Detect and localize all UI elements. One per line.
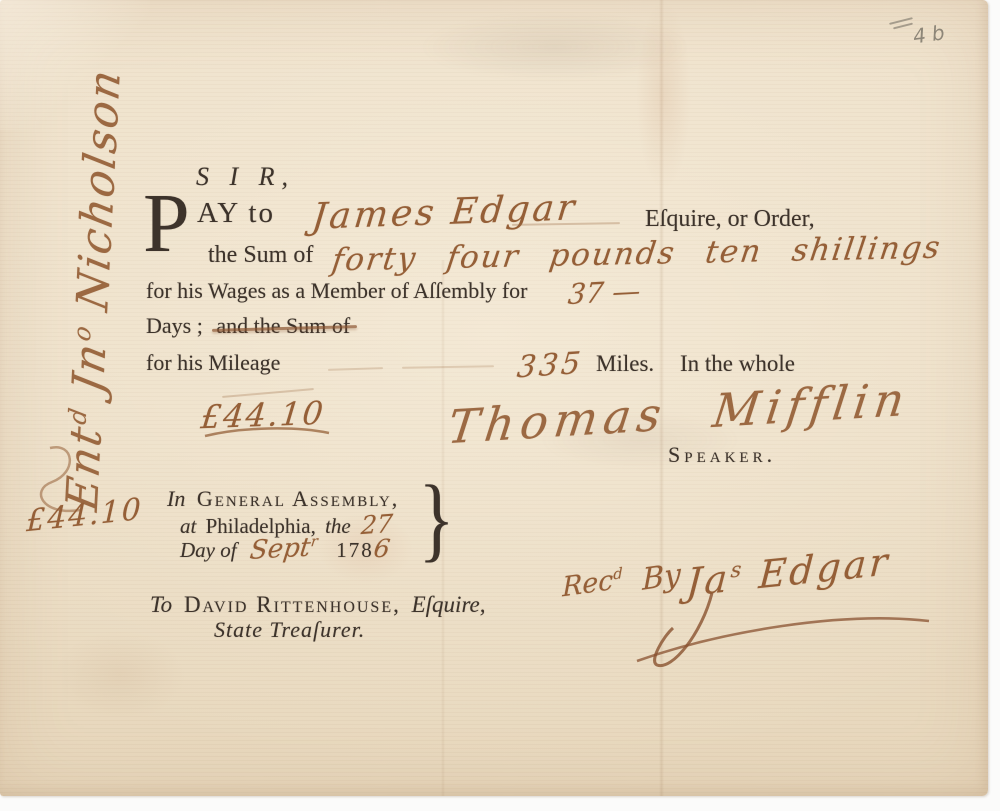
miles-value-handwritten: 335 (515, 346, 585, 386)
in-word: In (167, 486, 185, 511)
assembly-line3: Day of Septr 1786 (180, 534, 390, 564)
receipt-signature-group: Recd By Jas Edgar (552, 548, 952, 678)
sum-of-label: the Sum of (208, 242, 313, 269)
pay-to-label: AY to (197, 197, 275, 230)
mileage-label: for his Mileage (146, 350, 280, 376)
struck-phrase: and the Sum of (216, 313, 350, 339)
receipt-payee-signature: Jas Edgar (685, 539, 892, 605)
day-of-label: Day of (180, 538, 237, 562)
esquire-or-order-label: Eſquire, or Order, (645, 206, 815, 233)
receipt-name-text: Ja (685, 556, 732, 605)
received-abbrev: Recd (562, 564, 622, 604)
treasurer-name: David Rittenhouse, (184, 592, 401, 617)
received-superscript: d (613, 564, 622, 584)
receipt-name-superscript: s (730, 557, 745, 583)
year-digit-handwritten: 6 (372, 534, 392, 563)
month-handwritten: Septr (248, 532, 319, 566)
miles-word: Miles. (596, 351, 654, 377)
by-word-handwritten: By (642, 557, 681, 598)
days-word: Days ; (146, 313, 203, 338)
total-amount-handwritten: £44.10 (199, 394, 327, 436)
year-printed: 178 (336, 538, 374, 562)
salutation: S I R, (196, 162, 295, 192)
to-word: To (150, 592, 172, 617)
date-block-brace: } (419, 472, 455, 566)
days-line: Days ; and the Sum of (146, 313, 350, 339)
esquire-word: Eſquire, (412, 592, 486, 617)
in-the-whole-label: In the whole (680, 351, 795, 377)
assembly-line1: In General Assembly, (167, 486, 399, 512)
month-superscript: r (310, 534, 319, 550)
wages-line-label: for his Wages as a Member of Aſſembly fo… (146, 278, 528, 304)
addressee-line1: To David Rittenhouse, Eſquire, (150, 592, 486, 618)
days-value-handwritten: 37 — (567, 274, 642, 311)
general-assembly-name: General Assembly, (197, 486, 399, 511)
endorsement-part: Jn (63, 338, 116, 398)
drop-cap-p: P (143, 188, 190, 259)
receipt-surname-text: Edgar (757, 539, 892, 597)
received-text: Rec (562, 565, 613, 603)
addressee-title: State Treaſurer. (214, 617, 365, 643)
month-text: Sept (248, 532, 312, 565)
speaker-title: Speaker. (668, 442, 776, 468)
